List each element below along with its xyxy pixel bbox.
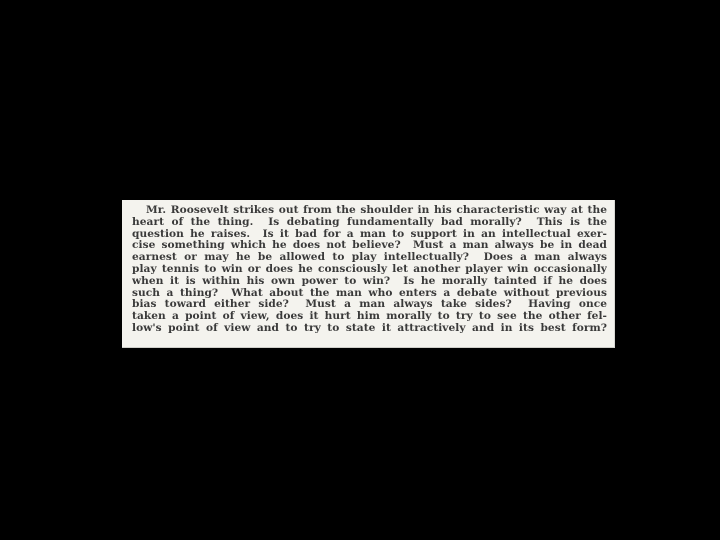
paragraph-line: taken a point of view, does it hurt him …: [132, 311, 607, 323]
paragraph-line: when it is within his own power to win? …: [132, 276, 607, 288]
paragraph-line: low's point of view and to try to state …: [132, 323, 607, 335]
paragraph-line: bias toward either side? Must a man alwa…: [132, 299, 607, 311]
newspaper-clipping: Mr. Roosevelt strikes out from the shoul…: [122, 200, 615, 348]
paragraph-line: earnest or may he be allowed to play int…: [132, 252, 607, 264]
paragraph-line: question he raises. Is it bad for a man …: [132, 229, 607, 241]
paragraph-line: such a thing? What about the man who ent…: [132, 288, 607, 300]
paragraph-line: Mr. Roosevelt strikes out from the shoul…: [132, 205, 607, 217]
paragraph-line: play tennis to win or does he consciousl…: [132, 264, 607, 276]
paragraph-line: heart of the thing. Is debating fundamen…: [132, 217, 607, 229]
paragraph-line: cise something which he does not believe…: [132, 240, 607, 252]
screen-background: Mr. Roosevelt strikes out from the shoul…: [0, 0, 720, 540]
